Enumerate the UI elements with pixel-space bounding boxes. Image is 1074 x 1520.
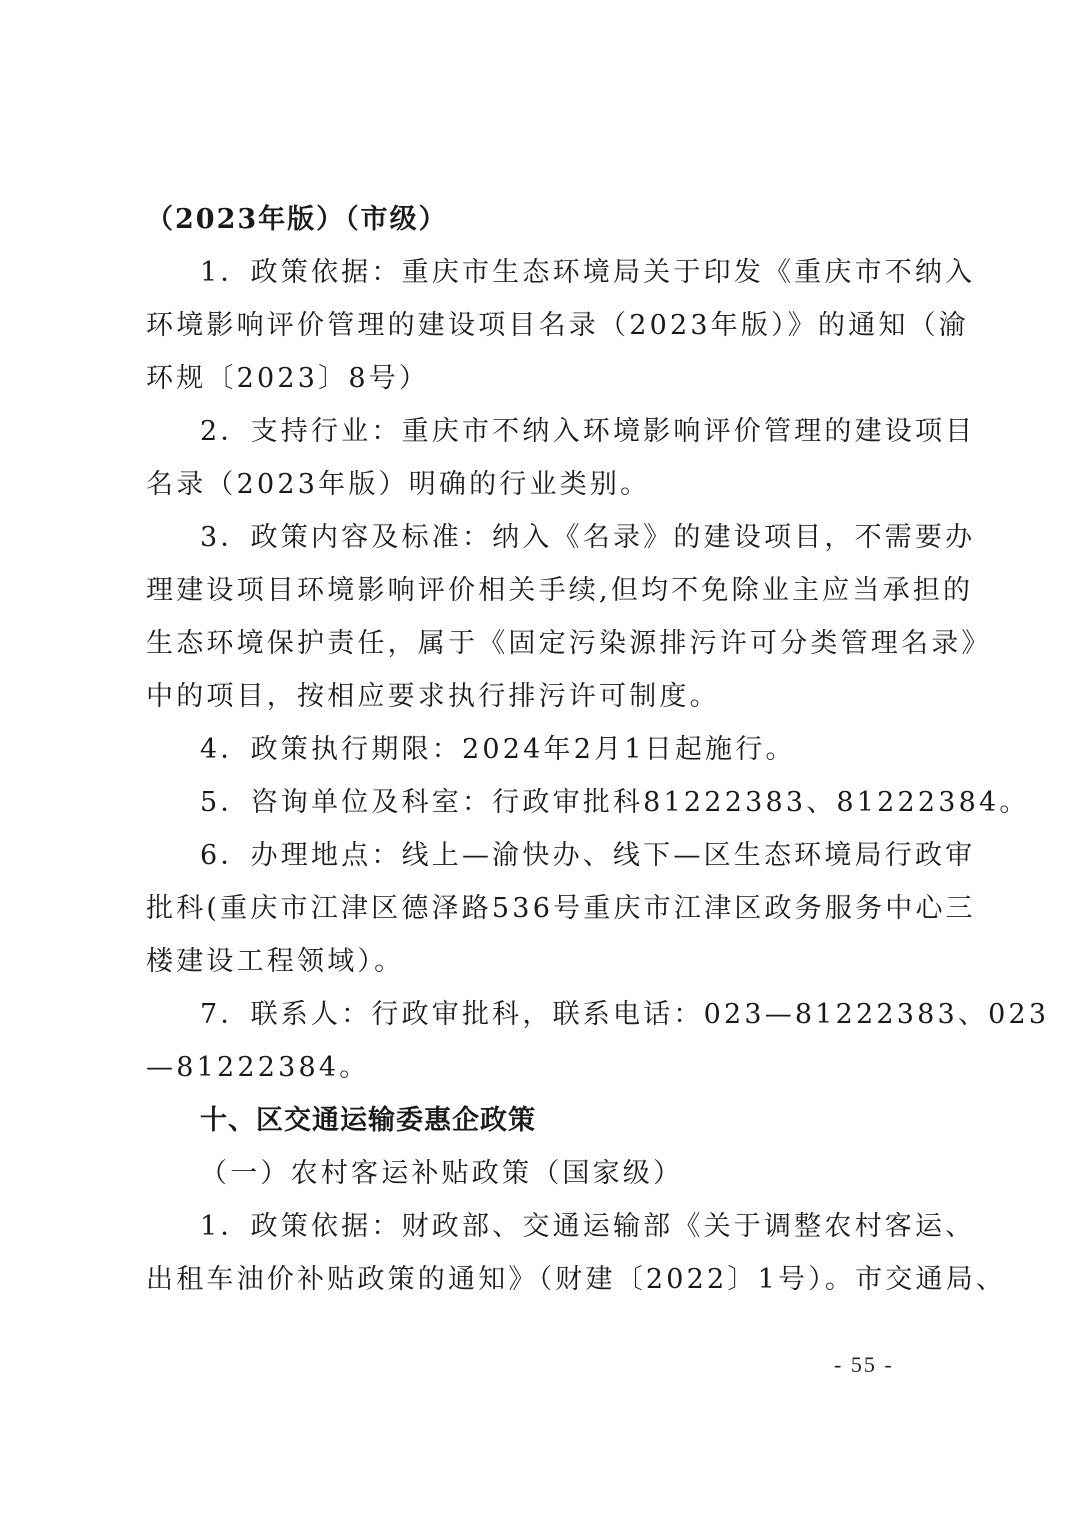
page-number: - 55 - (834, 1350, 894, 1380)
paragraph-contact: 7．联系人：行政审批科，联系电话：023—81222383、023 (200, 995, 1000, 1035)
paragraph-consulting-unit: 5．咨询单位及科室：行政审批科81222383、81222384。 (200, 783, 1000, 823)
paragraph-policy-content-cont-2: 生态环境保护责任，属于《固定污染源排污许可分类管理名录》 (146, 624, 946, 664)
paragraph-policy-basis-cont-1: 环境影响评价管理的建设项目名录（2023年版）》的通知（渝 (146, 306, 946, 346)
section-heading-transport: 十、区交通运输委惠企政策 (200, 1101, 1000, 1141)
subsection-heading-rural-transport: （一）农村客运补贴政策（国家级） (200, 1154, 1000, 1194)
paragraph-transport-policy-basis: 1．政策依据：财政部、交通运输部《关于调整农村客运、 (200, 1207, 1000, 1247)
paragraph-policy-basis: 1．政策依据：重庆市生态环境局关于印发《重庆市不纳入 (200, 253, 1000, 293)
document-page: （2023年版）（市级） 1．政策依据：重庆市生态环境局关于印发《重庆市不纳入 … (0, 0, 1074, 1520)
paragraph-supported-industry: 2．支持行业：重庆市不纳入环境影响评价管理的建设项目 (200, 412, 1000, 452)
paragraph-policy-content-cont-1: 理建设项目环境影响评价相关手续,但均不免除业主应当承担的 (146, 571, 946, 611)
paragraph-policy-content-cont-3: 中的项目，按相应要求执行排污许可制度。 (146, 677, 946, 717)
paragraph-policy-basis-cont-2: 环规〔2023〕8号） (146, 359, 946, 399)
paragraph-policy-content: 3．政策内容及标准：纳入《名录》的建设项目，不需要办 (200, 518, 1000, 558)
paragraph-handling-location-cont-2: 楼建设工程领域）。 (146, 942, 946, 982)
paragraph-contact-cont: —81222384。 (146, 1048, 946, 1088)
subsection-title-continued: （2023年版）（市级） (146, 200, 946, 240)
paragraph-policy-period: 4．政策执行期限：2024年2月1日起施行。 (200, 730, 1000, 770)
paragraph-handling-location: 6．办理地点：线上—渝快办、线下—区生态环境局行政审 (200, 836, 1000, 876)
paragraph-handling-location-cont-1: 批科(重庆市江津区德泽路536号重庆市江津区政务服务中心三 (146, 889, 946, 929)
paragraph-supported-industry-cont: 名录（2023年版）明确的行业类别。 (146, 465, 946, 505)
paragraph-transport-policy-basis-cont: 出租车油价补贴政策的通知》（财建〔2022〕1号）。市交通局、 (146, 1260, 946, 1300)
